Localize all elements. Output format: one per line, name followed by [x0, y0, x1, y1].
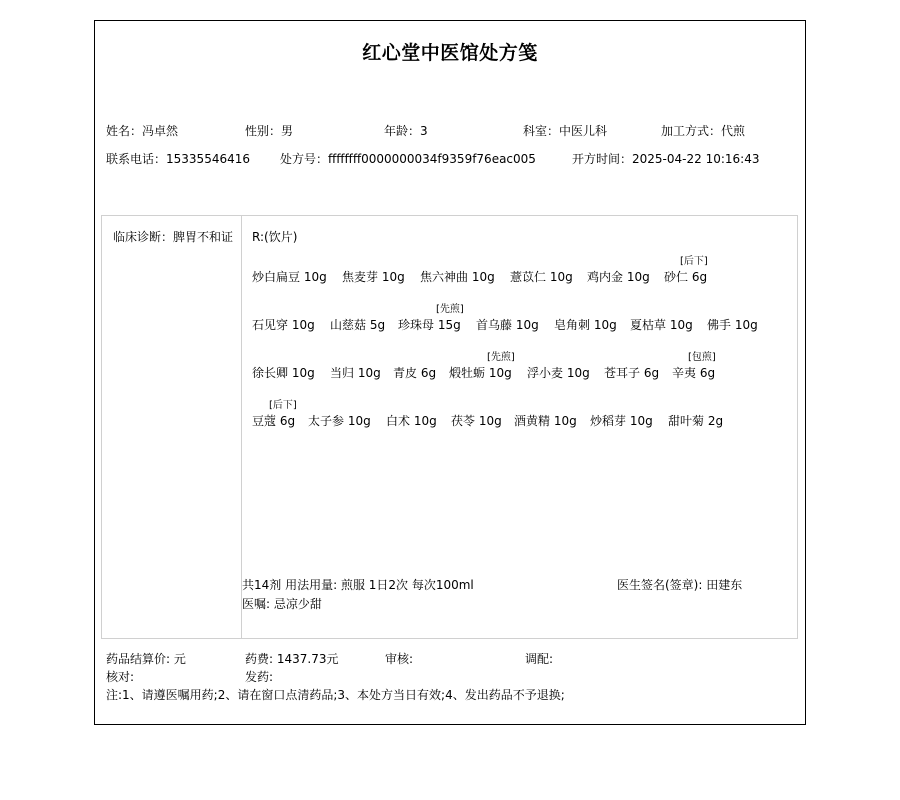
review-field: 审核:: [385, 652, 413, 666]
check-field: 核对:: [106, 670, 134, 684]
department: 科室：中医儿科: [523, 124, 607, 138]
clinical-diagnosis: 临床诊断：脾胃不和证: [113, 229, 238, 246]
herb-item: 白术 10g: [386, 414, 437, 428]
herb-item: 砂仁 6g: [664, 270, 707, 284]
prescription-time: 开方时间：2025-04-22 10:16:43: [572, 152, 759, 166]
herb-item: 焦麦芽 10g: [342, 270, 405, 284]
patient-phone: 联系电话：15335546416: [106, 152, 250, 166]
herb-item: 酒黄精 10g: [514, 414, 577, 428]
rx-header: R:(饮片): [252, 230, 297, 244]
patient-gender: 性别：男: [245, 124, 293, 138]
herb-item: 薏苡仁 10g: [510, 270, 573, 284]
herb-tag: [后下]: [680, 256, 708, 268]
column-divider: [241, 216, 242, 638]
processing-method: 加工方式：代煎: [661, 124, 745, 138]
herb-item: 夏枯草 10g: [630, 318, 693, 332]
issue-field: 发药:: [245, 670, 273, 684]
dispense-prep-field: 调配:: [525, 652, 553, 666]
herb-item: 辛夷 6g: [672, 366, 715, 380]
patient-age: 年龄：3: [384, 124, 428, 138]
doctor-signature: 医生签名(签章): 田建东: [617, 578, 742, 592]
herb-item: 皂角刺 10g: [554, 318, 617, 332]
patient-name: 姓名：冯卓然: [106, 124, 178, 138]
herb-item: 豆蔻 6g: [252, 414, 295, 428]
herb-tag: [先煎]: [436, 304, 464, 316]
herb-item: 浮小麦 10g: [527, 366, 590, 380]
doctor-advice: 医嘱: 忌凉少甜: [242, 597, 322, 611]
prescription-sheet: 红心堂中医馆处方笺 姓名：冯卓然 性别：男 年龄：3 科室：中医儿科 加工方式：…: [94, 20, 806, 725]
usage-dosage: 共14剂 用法用量: 煎服 1日2次 每次100ml: [242, 578, 474, 592]
page-title: 红心堂中医馆处方笺: [95, 38, 805, 65]
herb-item: 苍耳子 6g: [604, 366, 659, 380]
prescription-box: 临床诊断：脾胃不和证 R:(饮片) 炒白扁豆 10g 焦麦芽 10g 焦六神曲 …: [101, 215, 798, 639]
notes: 注:1、请遵医嘱用药;2、请在窗口点清药品;3、本处方当日有效;4、发出药品不予…: [106, 688, 565, 702]
herb-item: 佛手 10g: [707, 318, 758, 332]
herb-item: 太子参 10g: [308, 414, 371, 428]
prescription-number: 处方号：ffffffff0000000034f9359f76eac005: [280, 152, 536, 166]
herb-item: 炒白扁豆 10g: [252, 270, 327, 284]
herb-item: 青皮 6g: [393, 366, 436, 380]
herb-item: 珍珠母 15g: [398, 318, 461, 332]
drug-fee: 药费: 1437.73元: [245, 652, 338, 666]
herb-item: 山慈菇 5g: [330, 318, 385, 332]
herb-item: 徐长卿 10g: [252, 366, 315, 380]
herb-item: 首乌藤 10g: [476, 318, 539, 332]
herb-item: 鸡内金 10g: [587, 270, 650, 284]
herb-tag: [后下]: [269, 400, 297, 412]
herb-item: 石见穿 10g: [252, 318, 315, 332]
herb-item: 炒稻芽 10g: [590, 414, 653, 428]
herb-item: 茯苓 10g: [451, 414, 502, 428]
herb-tag: [先煎]: [487, 352, 515, 364]
herb-item: 甜叶菊 2g: [668, 414, 723, 428]
herb-item: 焦六神曲 10g: [420, 270, 495, 284]
drug-settlement-price: 药品结算价: 元: [106, 652, 186, 666]
herb-tag: [包煎]: [688, 352, 716, 364]
herb-item: 煅牡蛎 10g: [449, 366, 512, 380]
herb-item: 当归 10g: [330, 366, 381, 380]
